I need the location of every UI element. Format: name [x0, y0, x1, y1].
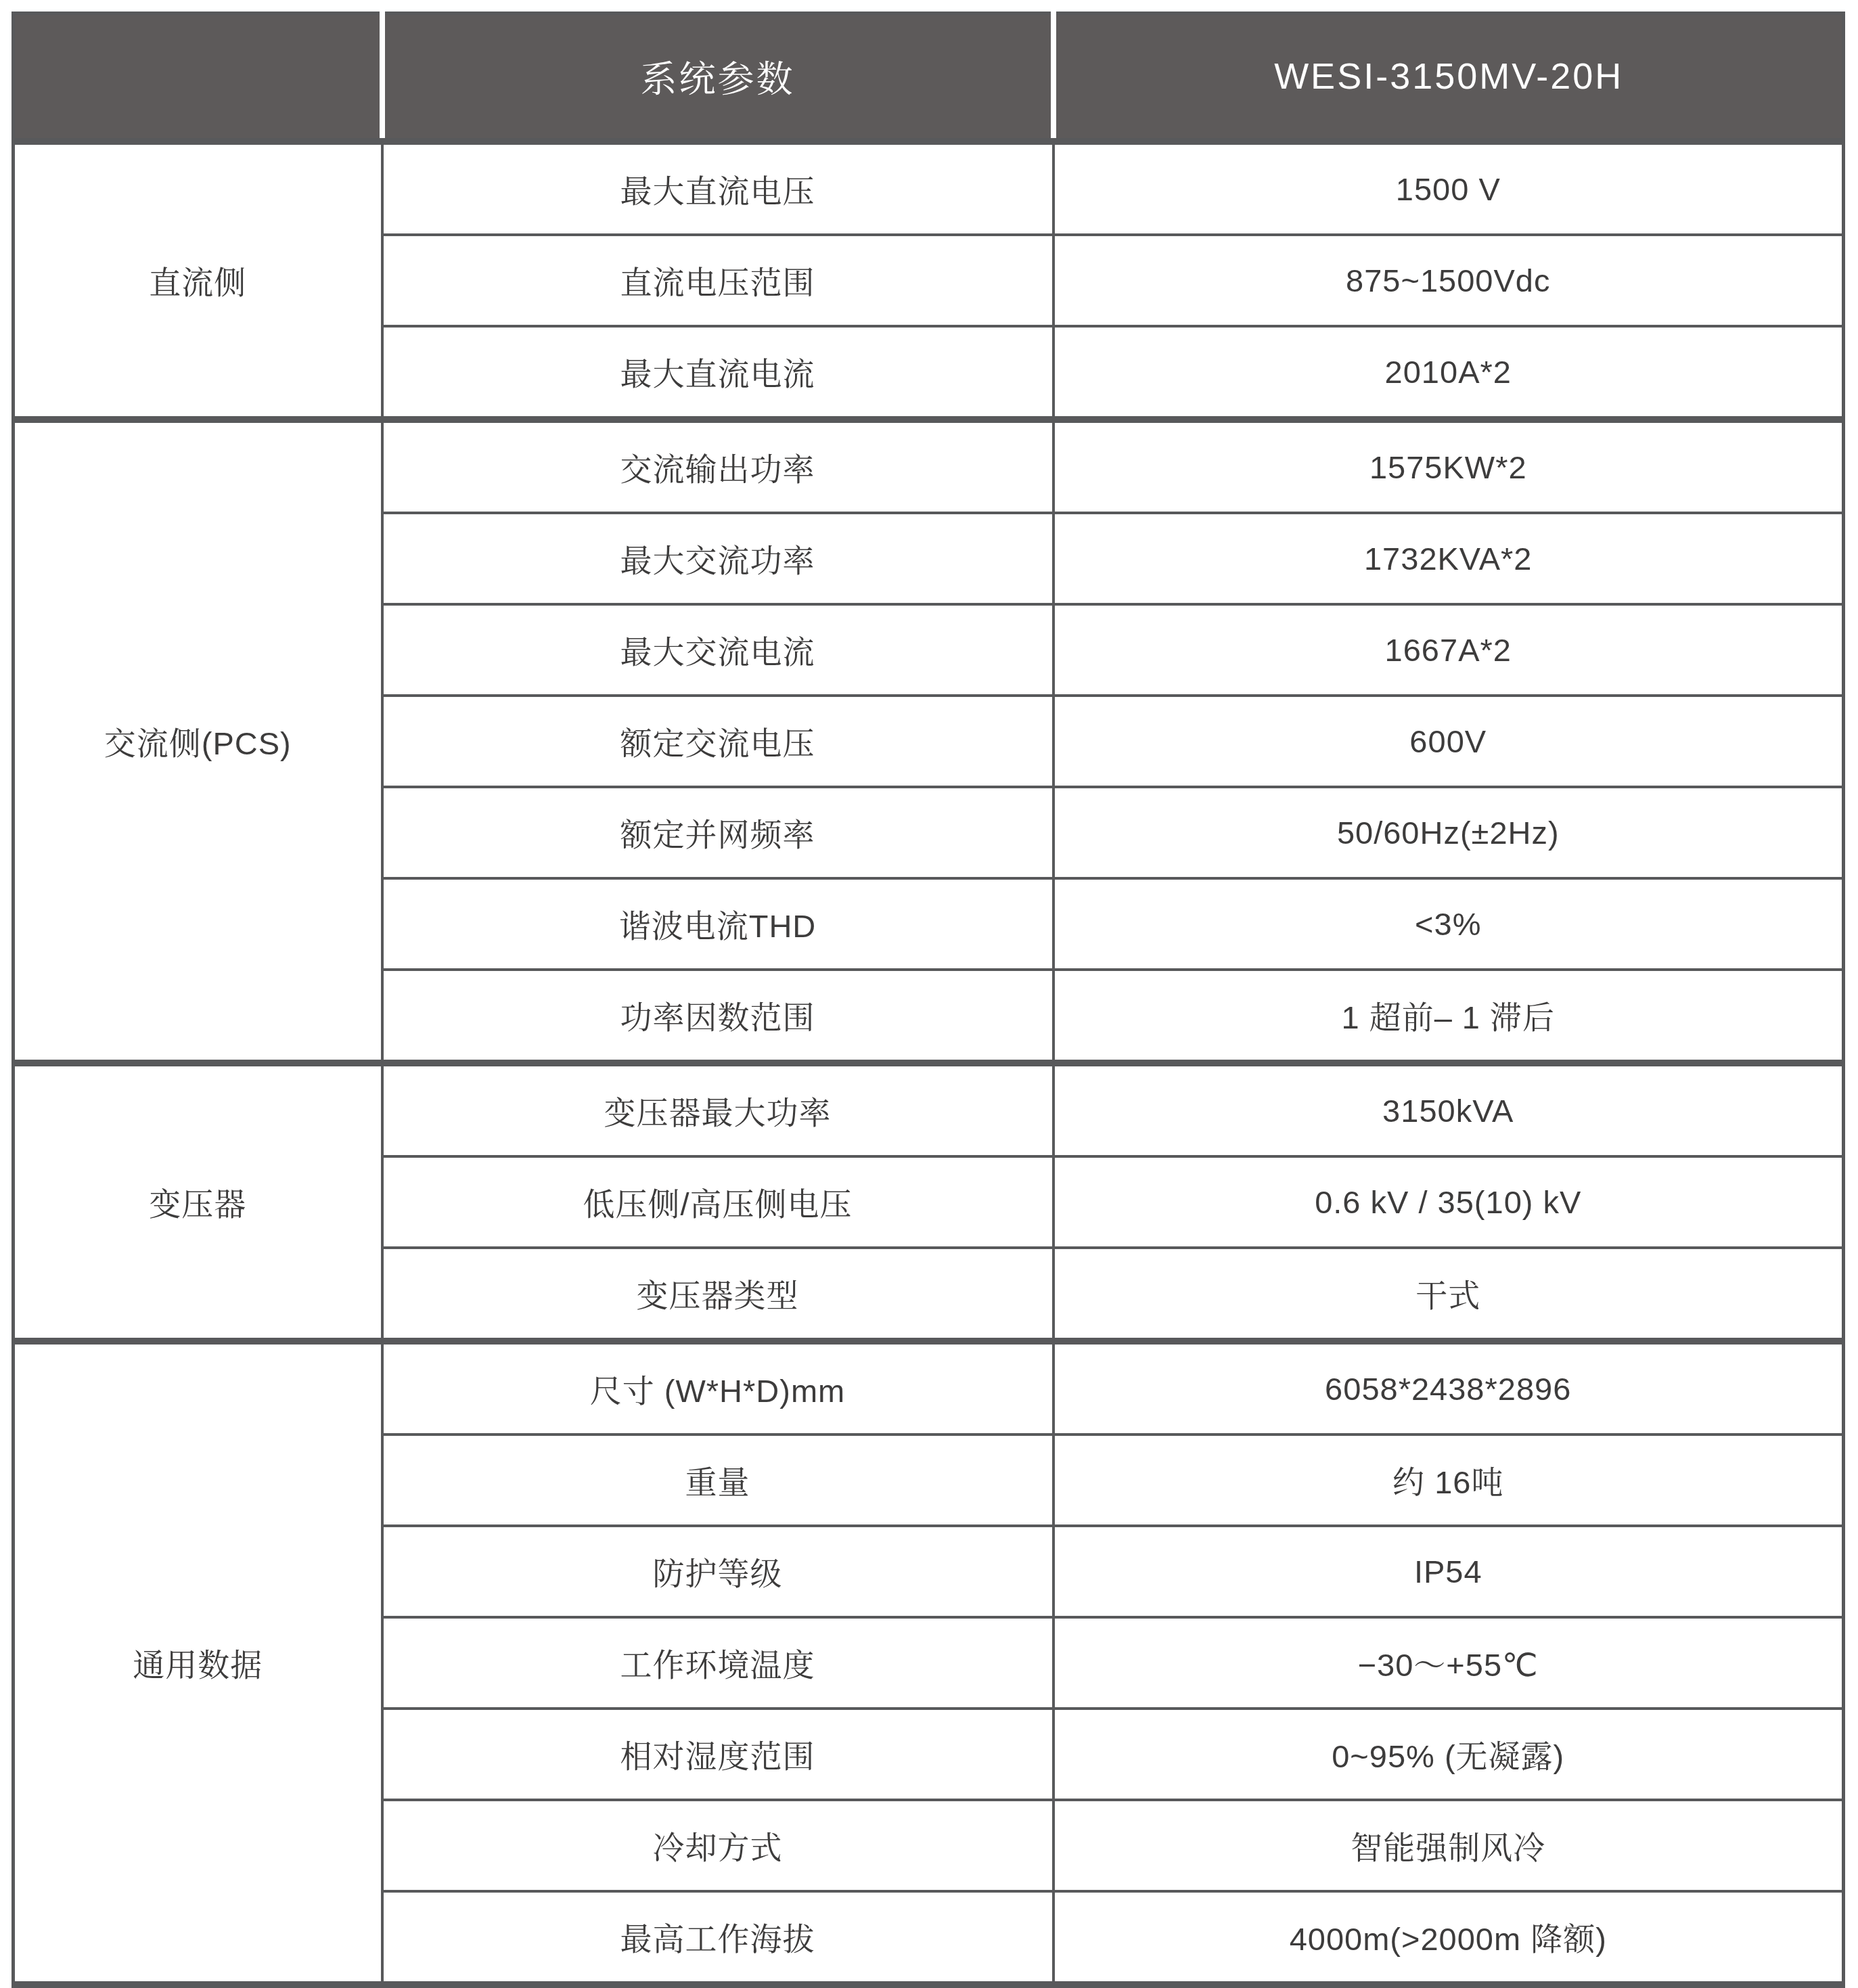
- param-cell: 最大直流电流: [382, 326, 1053, 420]
- table-row: 变压器 变压器最大功率 3150kVA: [14, 1063, 1844, 1156]
- value-cell: 约 16吨: [1053, 1434, 1844, 1526]
- param-cell: 相对湿度范围: [382, 1709, 1053, 1800]
- value-cell: 智能强制风冷: [1053, 1800, 1844, 1891]
- header-param-cell: 系统参数: [382, 14, 1053, 142]
- param-cell: 功率因数范围: [382, 970, 1053, 1063]
- value-cell: 1667A*2: [1053, 604, 1844, 696]
- value-cell: 0.6 kV / 35(10) kV: [1053, 1156, 1844, 1248]
- spec-sheet-page: 系统参数 WESI-3150MV-20H 直流侧 最大直流电压 1500 V 直…: [0, 0, 1858, 1897]
- value-cell: IP54: [1053, 1526, 1844, 1617]
- param-cell: 直流电压范围: [382, 235, 1053, 326]
- table-row: 直流侧 最大直流电压 1500 V: [14, 141, 1844, 235]
- param-cell: 工作环境温度: [382, 1617, 1053, 1709]
- param-cell: 最高工作海拔: [382, 1891, 1053, 1985]
- section-group-cell: 通用数据: [14, 1341, 382, 1985]
- param-cell: 额定并网频率: [382, 787, 1053, 878]
- param-cell: 交流输出功率: [382, 420, 1053, 513]
- header-model-cell: WESI-3150MV-20H: [1053, 14, 1844, 142]
- value-cell: 600V: [1053, 696, 1844, 787]
- param-cell: 额定交流电压: [382, 696, 1053, 787]
- value-cell: 50/60Hz(±2Hz): [1053, 787, 1844, 878]
- param-cell: 防护等级: [382, 1526, 1053, 1617]
- table-header: 系统参数 WESI-3150MV-20H: [14, 14, 1844, 142]
- param-cell: 重量: [382, 1434, 1053, 1526]
- section-group-cell: 变压器: [14, 1063, 382, 1341]
- value-cell: <3%: [1053, 878, 1844, 970]
- value-cell: 4000m(>2000m 降额): [1053, 1891, 1844, 1985]
- header-row: 系统参数 WESI-3150MV-20H: [14, 14, 1844, 142]
- value-cell: 875~1500Vdc: [1053, 235, 1844, 326]
- table-body: 直流侧 最大直流电压 1500 V 直流电压范围 875~1500Vdc 最大直…: [14, 141, 1844, 1985]
- system-spec-table: 系统参数 WESI-3150MV-20H 直流侧 最大直流电压 1500 V 直…: [12, 12, 1845, 1988]
- value-cell: 0~95% (无凝露): [1053, 1709, 1844, 1800]
- param-cell: 尺寸 (W*H*D)mm: [382, 1341, 1053, 1434]
- param-cell: 最大直流电压: [382, 141, 1053, 235]
- param-cell: 变压器类型: [382, 1248, 1053, 1341]
- value-cell: 3150kVA: [1053, 1063, 1844, 1156]
- value-cell: 1500 V: [1053, 141, 1844, 235]
- table-row: 交流侧(PCS) 交流输出功率 1575KW*2: [14, 420, 1844, 513]
- value-cell: −30～+55℃: [1053, 1617, 1844, 1709]
- param-cell: 最大交流电流: [382, 604, 1053, 696]
- value-cell: 1575KW*2: [1053, 420, 1844, 513]
- section-group-cell: 交流侧(PCS): [14, 420, 382, 1063]
- value-cell: 1732KVA*2: [1053, 513, 1844, 604]
- value-cell: 6058*2438*2896: [1053, 1341, 1844, 1434]
- header-group-cell: [14, 14, 382, 142]
- param-cell: 低压侧/高压侧电压: [382, 1156, 1053, 1248]
- value-cell: 干式: [1053, 1248, 1844, 1341]
- param-cell: 冷却方式: [382, 1800, 1053, 1891]
- param-cell: 变压器最大功率: [382, 1063, 1053, 1156]
- param-cell: 最大交流功率: [382, 513, 1053, 604]
- section-group-cell: 直流侧: [14, 141, 382, 420]
- table-row: 通用数据 尺寸 (W*H*D)mm 6058*2438*2896: [14, 1341, 1844, 1434]
- param-cell: 谐波电流THD: [382, 878, 1053, 970]
- value-cell: 2010A*2: [1053, 326, 1844, 420]
- value-cell: 1 超前– 1 滞后: [1053, 970, 1844, 1063]
